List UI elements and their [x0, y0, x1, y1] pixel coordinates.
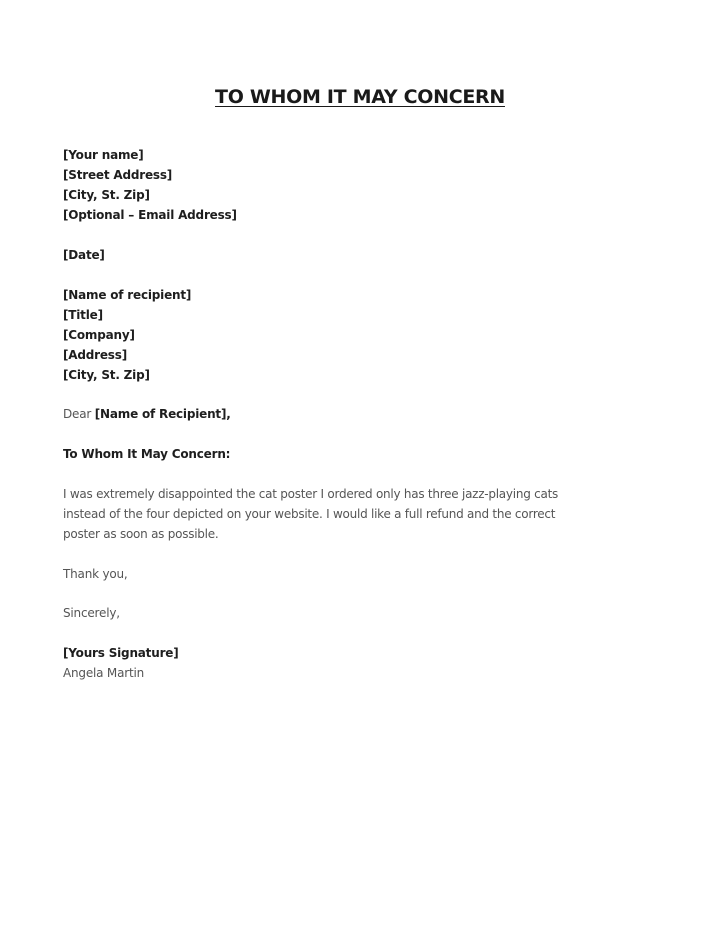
sender-street: [Street Address] — [63, 165, 172, 185]
signature-label: [Yours Signature] — [63, 643, 179, 663]
sender-email: [Optional – Email Address] — [63, 205, 237, 225]
recipient-company: [Company] — [63, 325, 135, 345]
closing-line: Sincerely, — [63, 603, 120, 623]
subject-line: To Whom It May Concern: — [63, 444, 230, 464]
recipient-city: [City, St. Zip] — [63, 365, 150, 385]
body-line: I was extremely disappointed the cat pos… — [63, 484, 663, 504]
sender-city: [City, St. Zip] — [63, 185, 150, 205]
letter-page: TO WHOM IT MAY CONCERN [Your name] [Stre… — [0, 0, 720, 932]
body-line: instead of the four depicted on your web… — [63, 504, 663, 524]
recipient-name: [Name of recipient] — [63, 285, 191, 305]
body-paragraph: I was extremely disappointed the cat pos… — [63, 484, 663, 544]
salutation-prefix: Dear — [63, 407, 95, 421]
letter-date: [Date] — [63, 245, 105, 265]
document-title: TO WHOM IT MAY CONCERN — [0, 86, 720, 108]
signer-name: Angela Martin — [63, 663, 144, 683]
recipient-address: [Address] — [63, 345, 127, 365]
salutation-name: [Name of Recipient], — [95, 407, 231, 421]
thanks-line: Thank you, — [63, 564, 128, 584]
body-line: poster as soon as possible. — [63, 524, 663, 544]
sender-name: [Your name] — [63, 145, 144, 165]
recipient-title: [Title] — [63, 305, 103, 325]
salutation: Dear [Name of Recipient], — [63, 404, 231, 424]
